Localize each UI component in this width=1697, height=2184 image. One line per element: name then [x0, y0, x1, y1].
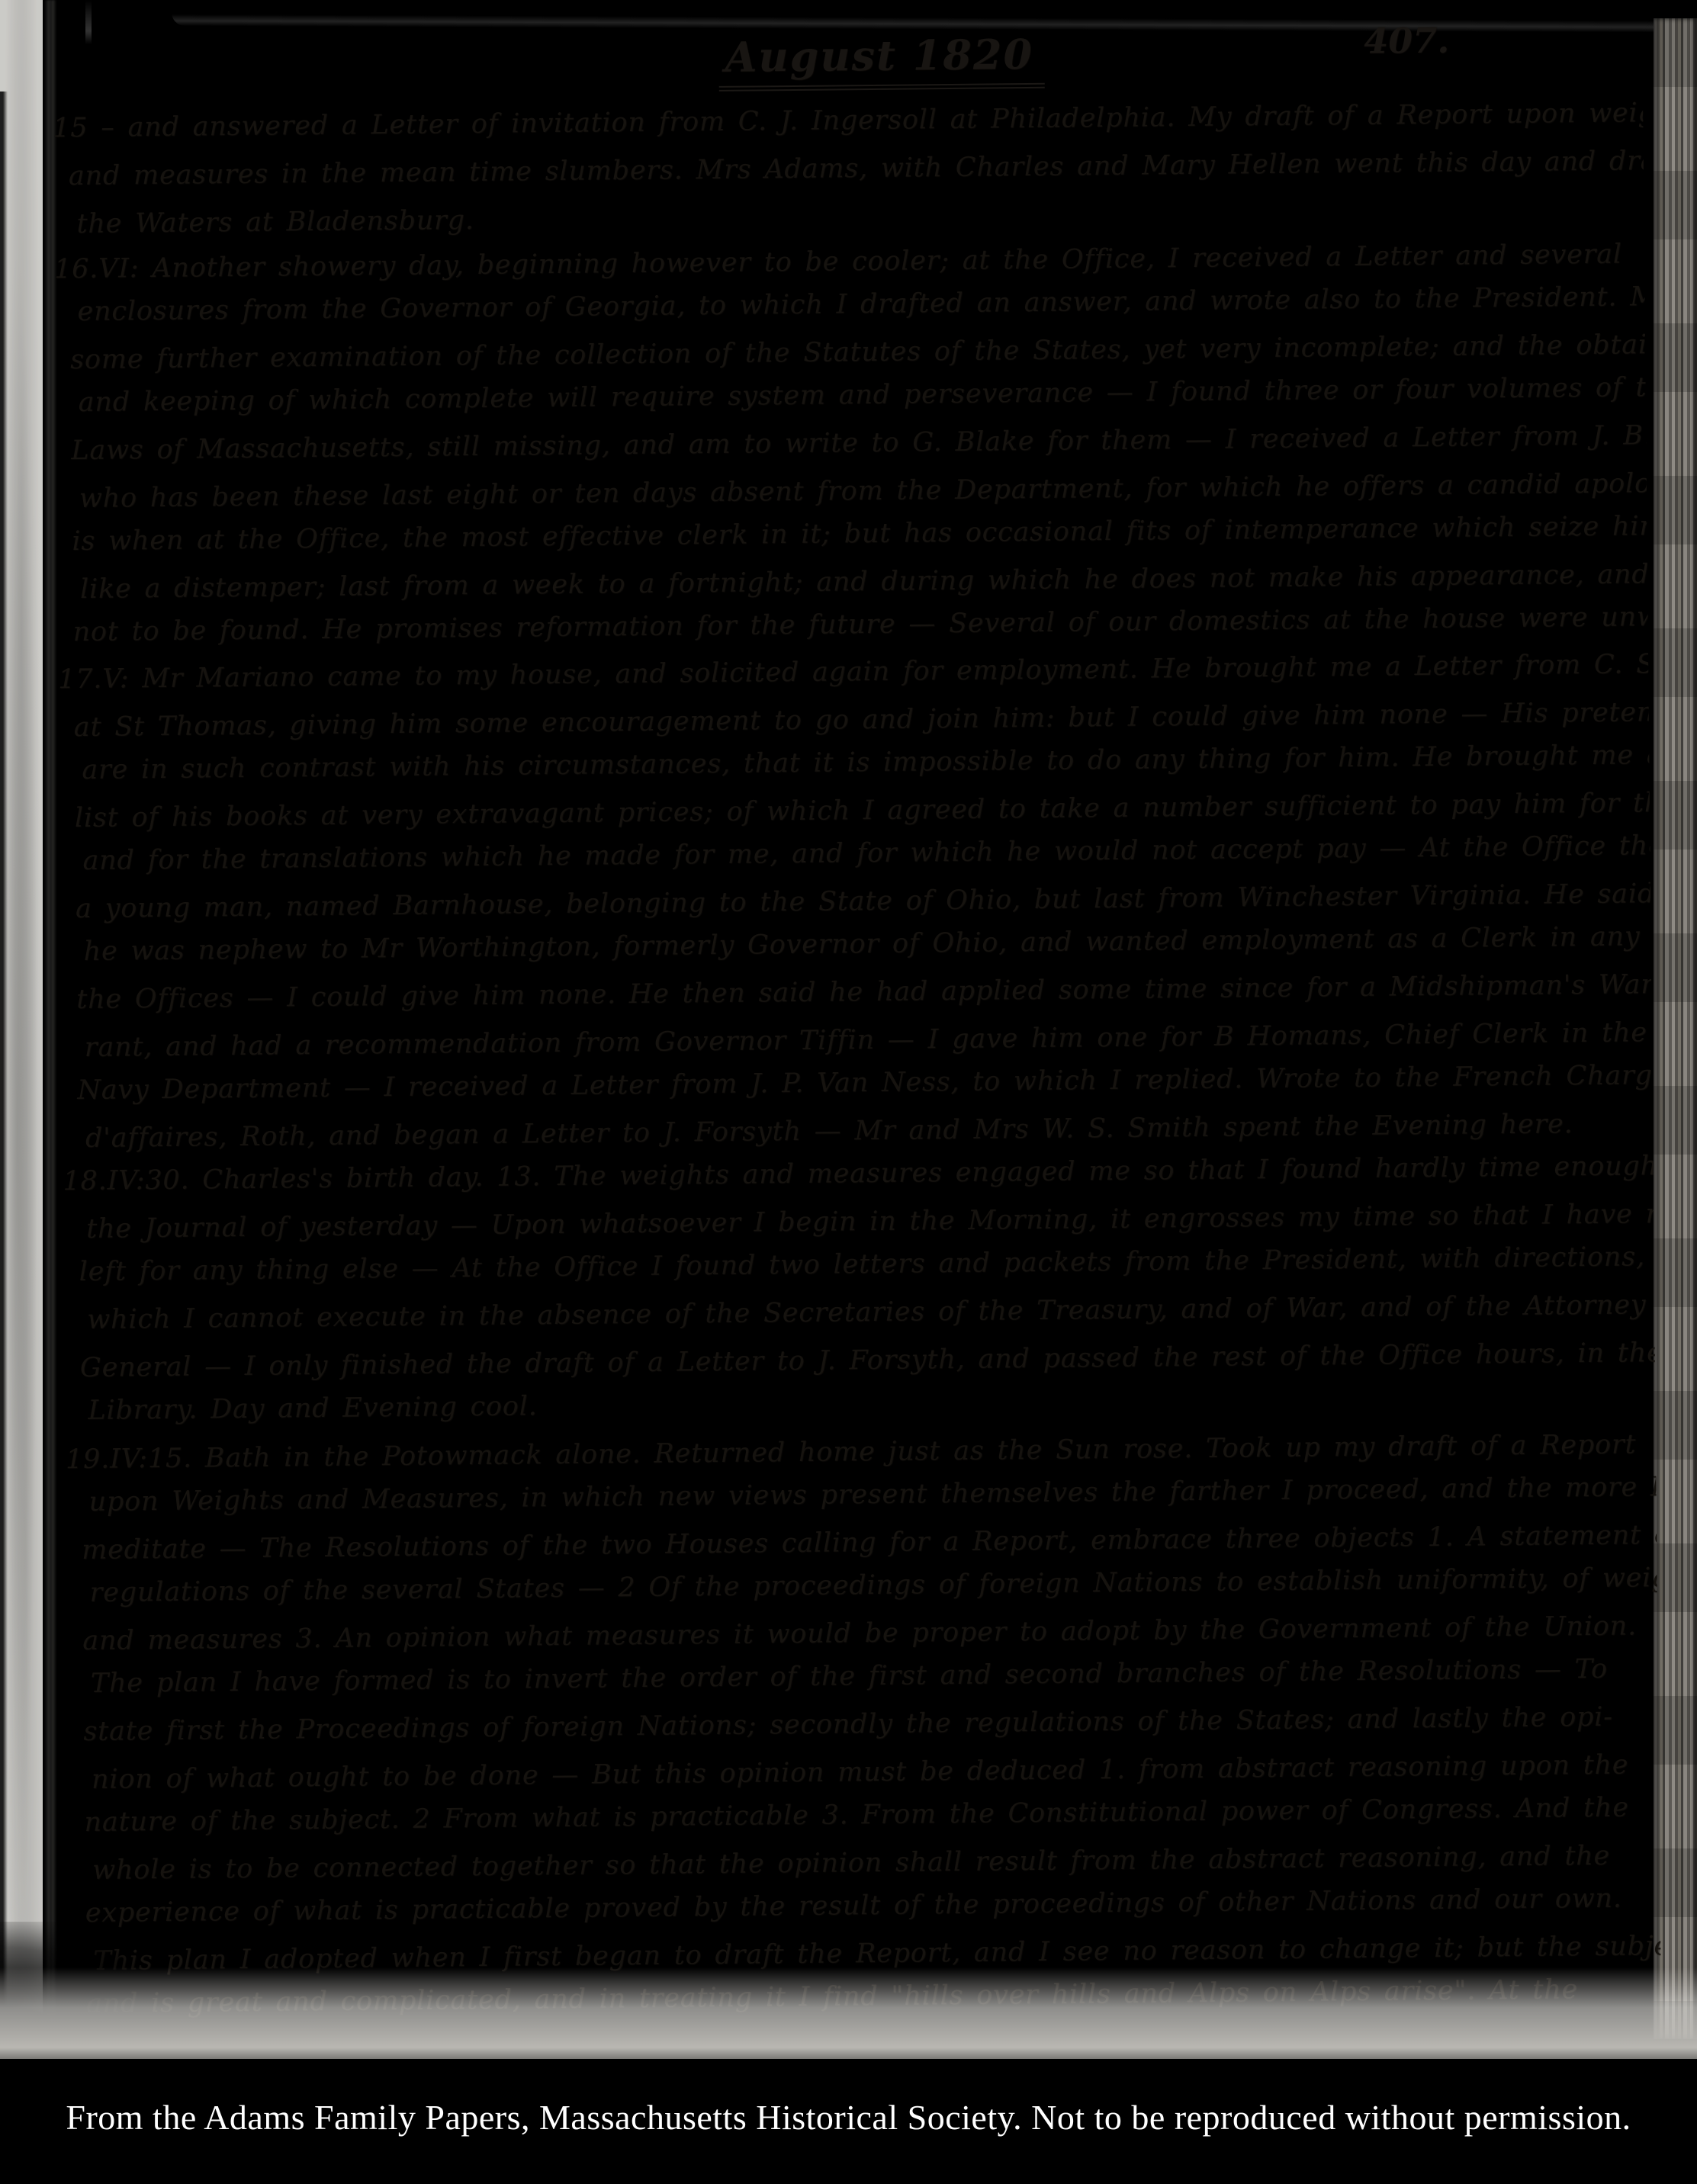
manuscript-lines: 15 – and answered a Letter of invitation… [53, 92, 1661, 2044]
page-title: August 1820 [718, 30, 1044, 92]
manuscript-scan: August 1820 407. 15 – and answered a Let… [0, 0, 1697, 2184]
archive-caption: From the Adams Family Papers, Massachuse… [66, 2097, 1631, 2137]
page-content: August 1820 407. 15 – and answered a Let… [0, 0, 1697, 2059]
page-number: 407. [1364, 20, 1450, 62]
archive-caption-bar: From the Adams Family Papers, Massachuse… [0, 2059, 1697, 2184]
